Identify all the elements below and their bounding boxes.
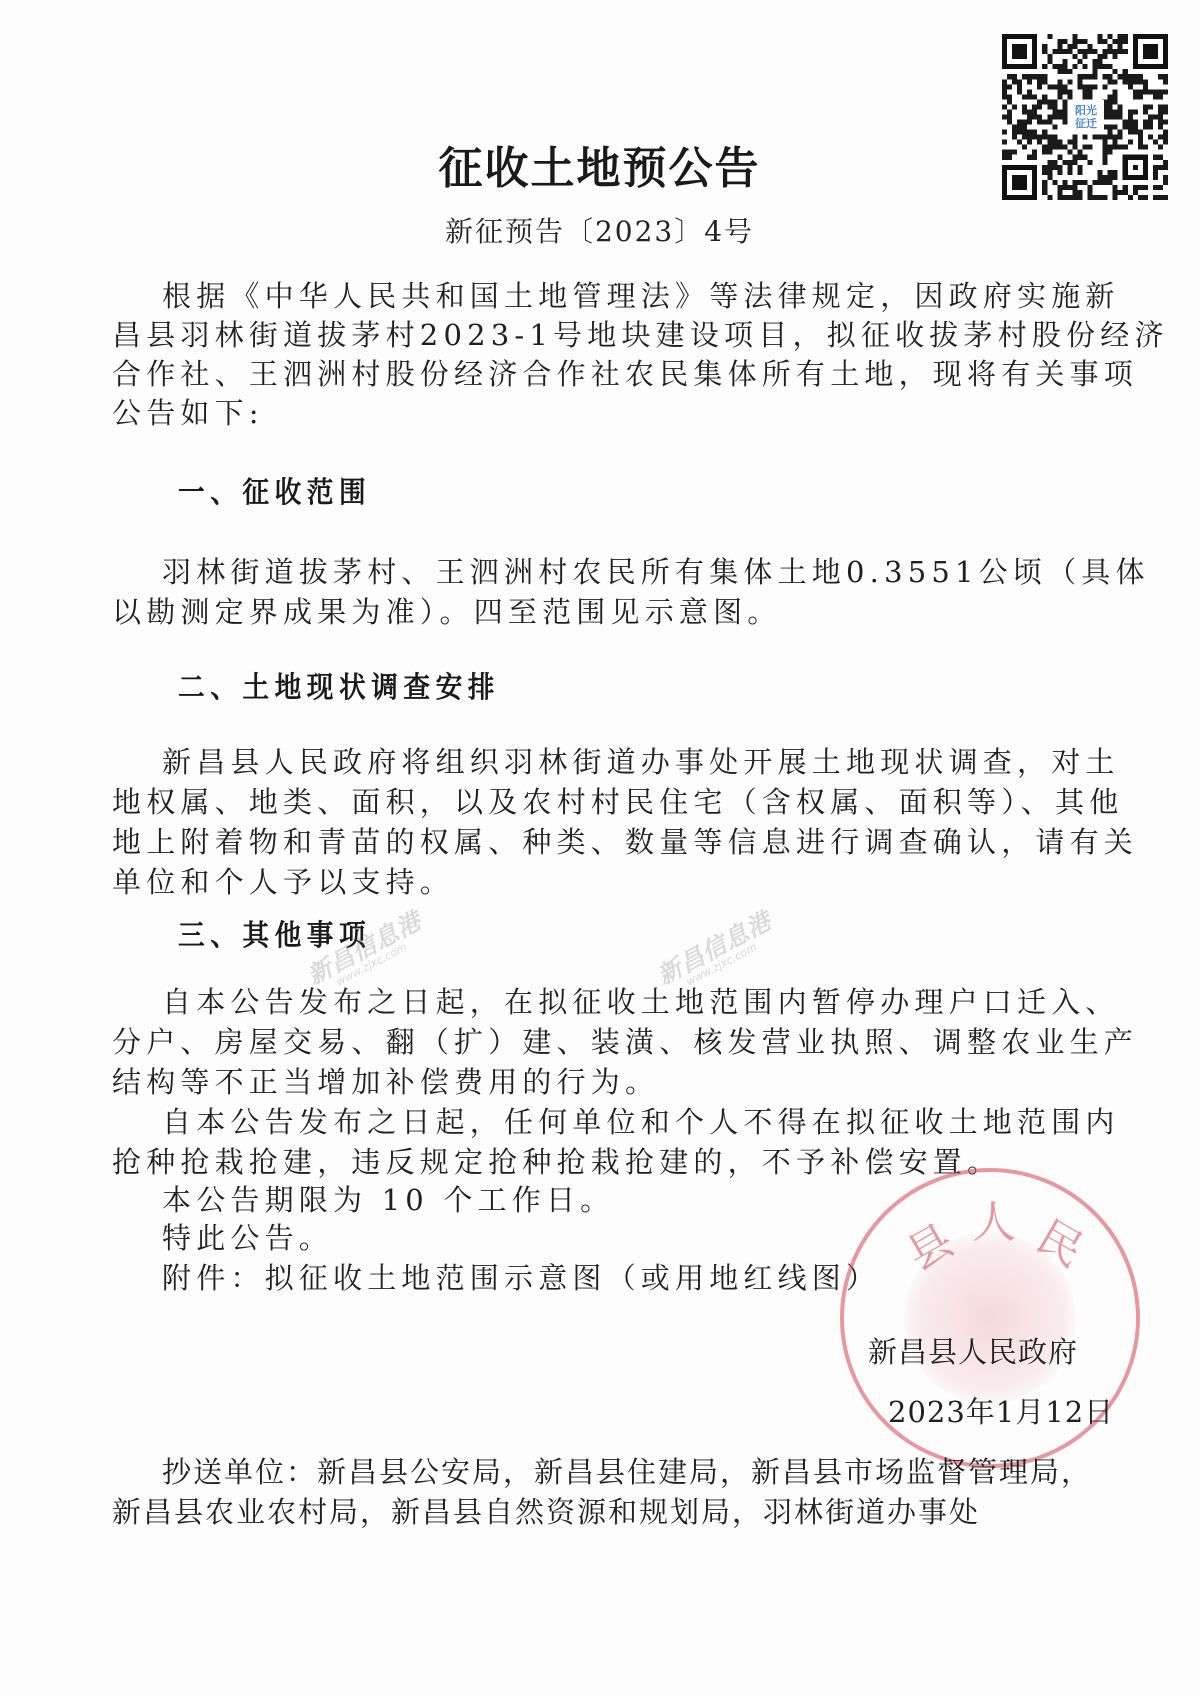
intro-line: 根据《中华人民共和国土地管理法》等法律规定，因政府实施新 [162,274,1120,315]
intro-line: 合作社、王泗洲村股份经济合作社农民集体所有土地，现将有关事项 [112,352,1138,393]
section-heading-survey: 二、土地现状调查安排 [178,665,500,706]
section-line: 分户、房屋交易、翻（扩）建、装潢、核发营业执照、调整农业生产 [112,1020,1138,1061]
seal-char: 县 [893,1205,963,1282]
section-line: 新昌县人民政府将组织羽林街道办事处开展土地现状调查，对土 [162,740,1120,781]
qr-logo-line2: 征迁 [1075,117,1097,130]
section-line: 羽林街道拔茅村、王泗洲村农民所有集体土地0.3551公顷（具体 [162,550,1150,591]
issue-date: 2023年1月12日 [888,1390,1114,1431]
section-line: 自本公告发布之日起，在拟征收土地范围内暂停办理户口迁入、 [162,980,1120,1021]
section-line: 自本公告发布之日起，任何单位和个人不得在拟征收土地范围内 [162,1100,1120,1141]
notice-period: 本公告期限为 10 个工作日。 [162,1178,614,1219]
cc-line: 抄送单位：新昌县公安局，新昌县住建局，新昌县市场监督管理局， [162,1450,1092,1491]
closing-line: 特此公告。 [162,1216,333,1257]
intro-line: 昌县羽林街道拔茅村2023-1号地块建设项目，拟征收拔茅村股份经济 [112,313,1169,354]
cc-line: 新昌县农业农村局，新昌县自然资源和规划局，羽林街道办事处 [112,1490,980,1531]
section-line: 地上附着物和青苗的权属、种类、数量等信息进行调查确认，请有关 [112,820,1138,861]
document-page: 阳光 征迁 征收土地预公告 新征预告〔2023〕4号 根据《中华人民共和国土地管… [0,0,1199,1696]
document-title: 征收土地预公告 [0,132,1199,196]
seal-char: 人 [972,1186,1016,1250]
section-line: 以勘测定界成果为准）。四至范围见示意图。 [112,590,782,631]
seal-char: 民 [1027,1201,1097,1278]
qr-logo: 阳光 征迁 [1068,100,1104,134]
section-line: 地权属、地类、面积，以及农村村民住宅（含权属、面积等）、其他 [112,780,1124,821]
section-heading-scope: 一、征收范围 [178,470,371,511]
document-number: 新征预告〔2023〕4号 [0,210,1199,250]
attachment-line: 附件：拟征收土地范围示意图（或用地红线图） [162,1256,880,1297]
section-line: 单位和个人予以支持。 [112,860,454,901]
issuer-name: 新昌县人民政府 [868,1330,1078,1371]
intro-line: 公告如下: [112,391,264,432]
section-line: 抢种抢栽抢建，违反规定抢种抢栽抢建的，不予补偿安置。 [112,1140,1001,1181]
qr-logo-line1: 阳光 [1075,104,1097,117]
section-line: 结构等不正当增加补偿费用的行为。 [112,1060,659,1101]
